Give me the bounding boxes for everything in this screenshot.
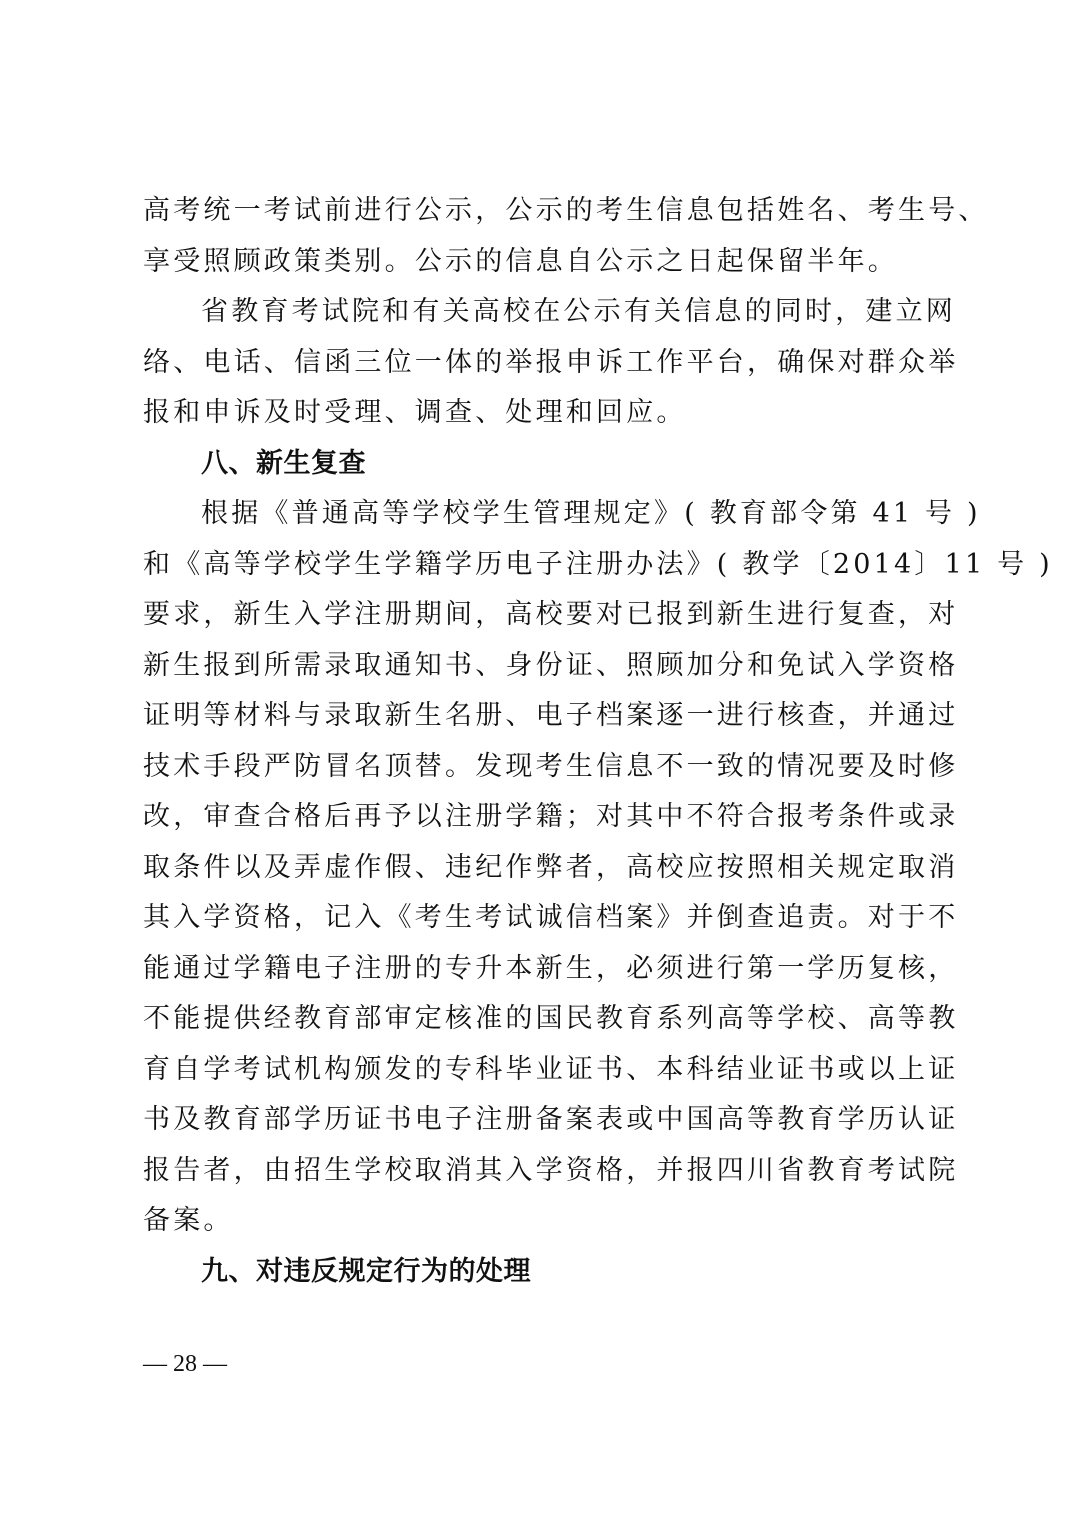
body-text-line: 其入学资格，记入《考生考试诚信档案》并倒查追责。对于不	[143, 893, 939, 944]
body-text-line: 备案。	[143, 1196, 939, 1247]
body-text-line: 和《高等学校学生学籍学历电子注册办法》( 教学〔2014〕11 号 )	[143, 540, 939, 591]
document-page: 高考统一考试前进行公示，公示的考生信息包括姓名、考生号、 享受照顾政策类别。公示…	[143, 186, 939, 1297]
section-heading-8: 八、新生复查	[143, 439, 939, 490]
body-text-line: 改，审查合格后再予以注册学籍；对其中不符合报考条件或录	[143, 792, 939, 843]
body-text-line: 技术手段严防冒名顶替。发现考生信息不一致的情况要及时修	[143, 742, 939, 793]
body-text-line: 报告者，由招生学校取消其入学资格，并报四川省教育考试院	[143, 1146, 939, 1197]
body-text-line: 享受照顾政策类别。公示的信息自公示之日起保留半年。	[143, 237, 939, 288]
body-text-line: 书及教育部学历证书电子注册备案表或中国高等教育学历认证	[143, 1095, 939, 1146]
body-text-line: 要求，新生入学注册期间，高校要对已报到新生进行复查，对	[143, 590, 939, 641]
body-text-line: 省教育考试院和有关高校在公示有关信息的同时，建立网	[143, 287, 939, 338]
body-text-line: 根据《普通高等学校学生管理规定》( 教育部令第 41 号 )	[143, 489, 939, 540]
body-text-line: 育自学考试机构颁发的专科毕业证书、本科结业证书或以上证	[143, 1045, 939, 1096]
page-number: — 28 —	[143, 1349, 227, 1379]
body-text-line: 取条件以及弄虚作假、违纪作弊者，高校应按照相关规定取消	[143, 843, 939, 894]
body-text-line: 能通过学籍电子注册的专升本新生，必须进行第一学历复核，	[143, 944, 939, 995]
body-text-line: 不能提供经教育部审定核准的国民教育系列高等学校、高等教	[143, 994, 939, 1045]
body-text-line: 报和申诉及时受理、调查、处理和回应。	[143, 388, 939, 439]
body-text-line: 新生报到所需录取通知书、身份证、照顾加分和免试入学资格	[143, 641, 939, 692]
section-heading-9: 九、对违反规定行为的处理	[143, 1247, 939, 1298]
body-text-line: 高考统一考试前进行公示，公示的考生信息包括姓名、考生号、	[143, 186, 939, 237]
body-text-line: 证明等材料与录取新生名册、电子档案逐一进行核查，并通过	[143, 691, 939, 742]
body-text-line: 络、电话、信函三位一体的举报申诉工作平台，确保对群众举	[143, 338, 939, 389]
